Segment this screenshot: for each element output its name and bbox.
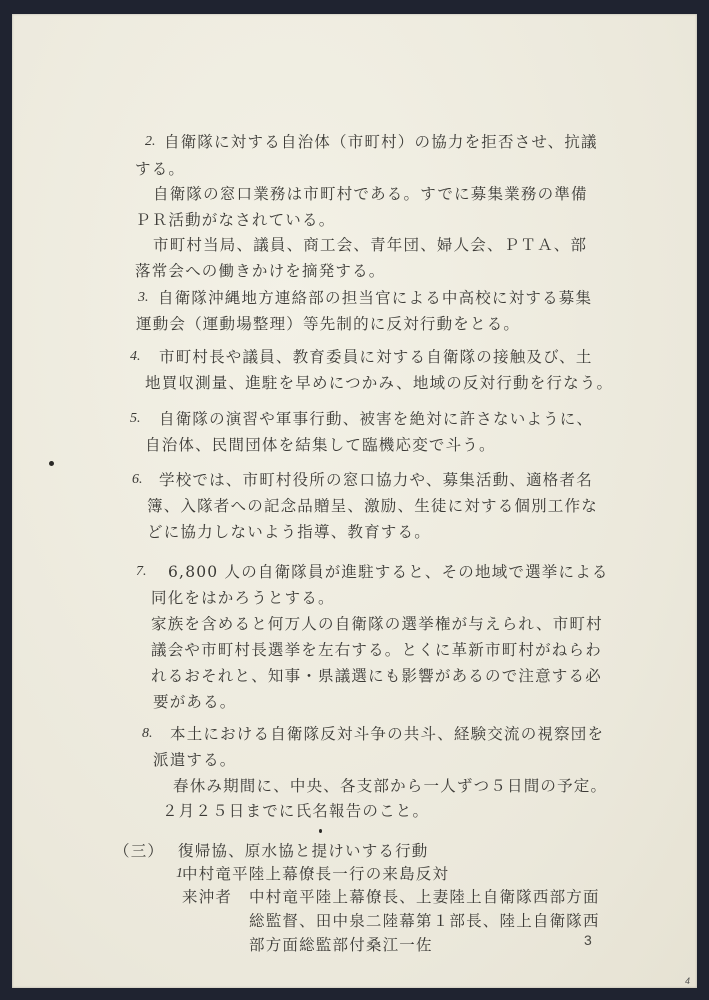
item-4-line-2: 地買収測量、進駐を早めにつかみ、地域の反対行動を行なう。	[145, 373, 613, 393]
page-number: 3	[584, 932, 592, 948]
item-7-line-1: 6,800 人の自衛隊員が進駐すると、その地域で選挙による	[168, 562, 609, 582]
item-8-line-4: ２月２５日までに氏名報告のこと。	[162, 801, 429, 821]
document-page: 2. 自衛隊に対する自治体（市町村）の協力を拒否させ、抗議 する。 自衛隊の窓口…	[12, 14, 697, 988]
visitor-line-2: 総監督、田中泉二陸幕第１部長、陸上自衛隊西	[249, 911, 600, 931]
visitor-line-3: 部方面総監部付桑江一佐	[249, 935, 433, 955]
visitor-line-1: 中村竜平陸上幕僚長、上妻陸上自衛隊西部方面	[249, 887, 600, 907]
item-2-line-6: 落常会への働きかけを摘発する。	[135, 261, 386, 281]
item-3-line-1: 自衛隊沖縄地方連絡部の担当官による中高校に対する募集	[158, 288, 592, 308]
item-number: 5.	[130, 411, 141, 427]
ink-dot-mark	[49, 461, 54, 466]
corner-mark: 4	[685, 976, 690, 986]
item-8-line-3: 春休み期間に、中央、各支部から一人ずつ５日間の予定。	[173, 776, 607, 796]
item-number: 7.	[136, 564, 147, 580]
item-2-line-3: 自衛隊の窓口業務は市町村である。すでに募集業務の準備	[153, 184, 588, 204]
item-6-line-2: 簿、入隊者への記念品贈呈、激励、生徒に対する個別工作な	[147, 496, 598, 516]
item-7-line-3: 家族を含めると何万人の自衛隊の選挙権が与えられ、市町村	[151, 614, 603, 634]
item-3-line-2: 運動会（運動場整理）等先制的に反対行動をとる。	[136, 314, 520, 334]
item-7-line-6: 要がある。	[153, 692, 237, 712]
item-2-line-5: 市町村当局、議員、商工会、青年団、婦人会、ＰＴＡ、部	[153, 235, 587, 255]
ink-dot-mark	[319, 829, 322, 833]
section-label: （三）	[114, 841, 164, 861]
item-number: 8.	[142, 726, 153, 742]
item-2-line-4: ＰＲ活動がなされている。	[135, 210, 335, 230]
item-number: 6.	[132, 472, 143, 488]
item-7-line-5: れるおそれと、知事・県議選にも影響があるので注意する必	[151, 666, 602, 686]
item-number: 3.	[138, 290, 149, 306]
item-7-line-2: 同化をはかろうとする。	[151, 588, 335, 608]
item-8-line-1: 本土における自衛隊反対斗争の共斗、経験交流の視察団を	[170, 724, 604, 744]
item-5-line-1: 自衛隊の演習や軍事行動、被害を絶対に許さないように、	[159, 409, 593, 429]
item-6-line-3: どに協力しないよう指導、教育する。	[147, 522, 431, 542]
item-number: 4.	[130, 349, 141, 365]
item-4-line-1: 市町村長や議員、教育委員に対する自衛隊の接触及び、土	[159, 347, 593, 367]
item-5-line-2: 自治体、民間団体を結集して臨機応変で斗う。	[145, 435, 496, 455]
item-7-line-4: 議会や市町村長選挙を左右する。とくに革新市町村がねらわ	[151, 640, 602, 660]
item-number: 2.	[145, 134, 156, 150]
section-sub-title: 中村竜平陸上幕僚長一行の来島反対	[182, 864, 449, 884]
visitor-label: 来沖者	[182, 887, 232, 907]
item-2-line-2: する。	[135, 159, 185, 179]
item-2-line-1: 自衛隊に対する自治体（市町村）の協力を拒否させ、抗議	[164, 132, 598, 152]
item-6-line-1: 学校では、市町村役所の窓口協力や、募集活動、適格者名	[159, 470, 593, 490]
section-title: 復帰協、原水協と提けいする行動	[178, 841, 429, 861]
item-8-line-2: 派遣する。	[153, 750, 237, 770]
